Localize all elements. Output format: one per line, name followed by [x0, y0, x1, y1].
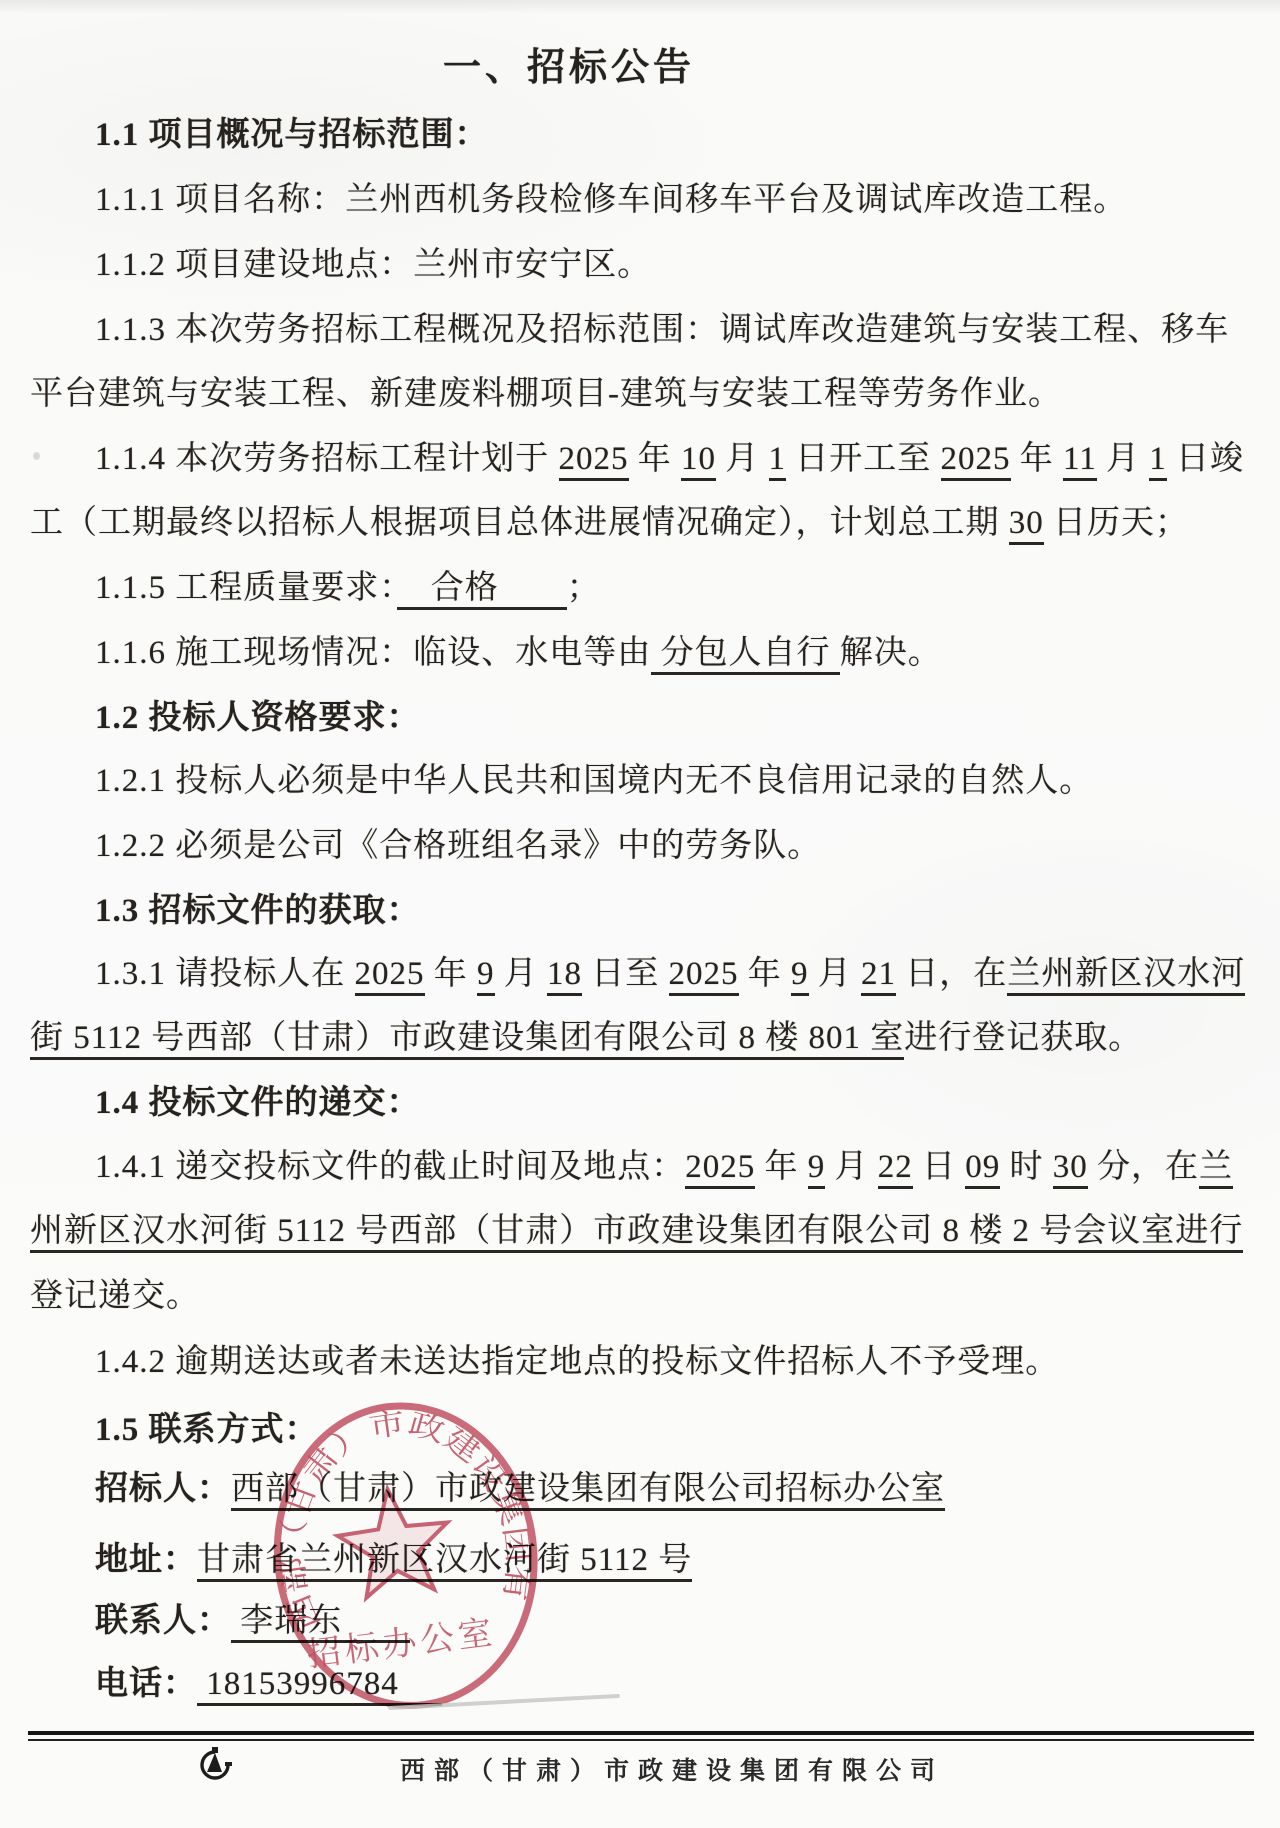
underlined-value: 兰: [1199, 1149, 1233, 1189]
underlined-value: 2025: [669, 956, 739, 996]
text-segment: 年: [755, 1149, 808, 1185]
underlined-value: 10: [681, 441, 716, 481]
text-line: 1.2 投标人资格要求：: [95, 696, 421, 740]
text-segment: 一、招标公告: [443, 47, 695, 89]
underlined-value: 11: [1063, 441, 1097, 481]
text-segment: 1.1.2 项目建设地点：兰州市安宁区。: [95, 247, 651, 283]
text-segment: 分，在: [1088, 1149, 1199, 1185]
text-segment: 1.4.2 逾期送达或者未送达指定地点的投标文件招标人不予受理。: [95, 1344, 1059, 1380]
text-line: 平台建筑与安装工程、新建废料棚项目-建筑与安装工程等劳务作业。: [30, 372, 1062, 416]
footer-company-name: 西部（甘肃）市政建设集团有限公司: [400, 1751, 944, 1787]
text-line: 登记递交。: [30, 1274, 200, 1318]
text-segment: 时: [1000, 1149, 1053, 1185]
footer-divider: [28, 1731, 1254, 1741]
text-segment: 登记递交。: [30, 1278, 200, 1314]
underlined-value: 2025: [559, 441, 629, 481]
text-segment: 月: [495, 956, 548, 992]
underlined-value: 30: [1053, 1149, 1088, 1189]
text-segment: 平台建筑与安装工程、新建废料棚项目-建筑与安装工程等劳务作业。: [30, 376, 1062, 412]
text-segment: 1.1.3 本次劳务招标工程概况及招标范围：调试库改造建筑与安装工程、移车: [95, 312, 1229, 348]
underlined-value: 分包人自行: [651, 635, 840, 675]
text-segment: 1.3 招标文件的获取：: [95, 893, 421, 929]
underlined-value: 1: [769, 441, 787, 481]
company-logo-icon: [196, 1746, 234, 1786]
underlined-value: 9: [791, 956, 809, 996]
underlined-value: 兰州新区汉水河: [1007, 956, 1245, 996]
text-segment: 年: [425, 956, 478, 992]
text-segment: 日，在: [896, 956, 1007, 992]
underlined-value: 2025: [941, 441, 1011, 481]
text-segment: 电话：: [95, 1666, 197, 1702]
text-line: 1.1.2 项目建设地点：兰州市安宁区。: [95, 243, 651, 287]
underlined-value: 30: [1009, 505, 1044, 545]
text-segment: ；: [567, 570, 601, 606]
text-segment: 1.1.1 项目名称：兰州西机务段检修车间移车平台及调试库改造工程。: [95, 182, 1127, 218]
text-line: 1.1 项目概况与招标范围：: [95, 113, 489, 157]
underlined-value: 2025: [685, 1149, 755, 1189]
underlined-value: 22: [878, 1149, 913, 1189]
document-page: 一、招标公告1.1 项目概况与招标范围：1.1.1 项目名称：兰州西机务段检修车…: [0, 0, 1280, 1828]
text-line: 1.1.6 施工现场情况：临设、水电等由 分包人自行 解决。: [95, 631, 942, 675]
text-segment: 工（工期最终以招标人根据项目总体进展情况确定），计划总工期: [30, 505, 1009, 541]
text-line: 1.4.1 递交投标文件的截止时间及地点：2025 年 9 月 22 日 09 …: [95, 1145, 1233, 1189]
text-segment: 1.1.6 施工现场情况：临设、水电等由: [95, 635, 651, 671]
stamp-center-text: 招标办公室: [305, 1613, 498, 1674]
text-segment: 月: [809, 956, 862, 992]
text-segment: 月: [716, 441, 769, 477]
text-segment: 月: [1097, 441, 1150, 477]
text-line: 1.3 招标文件的获取：: [95, 889, 421, 933]
text-segment: 1.4.1 递交投标文件的截止时间及地点：: [95, 1149, 685, 1185]
text-segment: 地址：: [95, 1542, 197, 1578]
text-segment: 日竣: [1167, 441, 1244, 477]
text-segment: 1.2.1 投标人必须是中华人民共和国境内无不良信用记录的自然人。: [95, 763, 1093, 799]
page-title: 一、招标公告: [443, 46, 695, 90]
text-segment: 1.2.2 必须是公司《合格班组名录》中的劳务队。: [95, 828, 821, 864]
text-line: 工（工期最终以招标人根据项目总体进展情况确定），计划总工期 30 日历天；: [30, 501, 1189, 545]
text-segment: 日至: [582, 956, 669, 992]
stamp-star-icon: [333, 1483, 455, 1601]
text-segment: 日开工至: [786, 441, 941, 477]
text-segment: 解决。: [840, 635, 942, 671]
text-segment: 联系人：: [95, 1603, 231, 1639]
underlined-value: 州新区汉水河街 5112 号西部（甘肃）市政建设集团有限公司 8 楼 2 号会议…: [30, 1213, 1243, 1253]
text-segment: 1.2 投标人资格要求：: [95, 700, 421, 736]
text-segment: 日历天；: [1044, 505, 1189, 541]
underlined-value: 2025: [355, 956, 425, 996]
text-segment: 年: [1011, 441, 1064, 477]
underlined-value: 1: [1149, 441, 1167, 481]
text-line: 1.4 投标文件的递交：: [95, 1081, 421, 1125]
text-segment: 年: [629, 441, 682, 477]
text-line: 1.1.5 工程质量要求： 合格 ；: [95, 566, 601, 610]
text-segment: 1.4 投标文件的递交：: [95, 1085, 421, 1121]
underlined-value: 09: [965, 1149, 1000, 1189]
text-segment: 进行登记获取。: [904, 1020, 1142, 1056]
text-line: 1.4.2 逾期送达或者未送达指定地点的投标文件招标人不予受理。: [95, 1340, 1059, 1384]
ink-dot-artifact: [33, 452, 40, 460]
underlined-value: 街 5112 号西部（甘肃）市政建设集团有限公司 8 楼 801 室: [30, 1020, 904, 1060]
underlined-value: 9: [477, 956, 495, 996]
text-segment: 1.1 项目概况与招标范围：: [95, 117, 489, 153]
text-line: 1.3.1 请投标人在 2025 年 9 月 18 日至 2025 年 9 月 …: [95, 952, 1245, 996]
text-line: 街 5112 号西部（甘肃）市政建设集团有限公司 8 楼 801 室进行登记获取…: [30, 1016, 1142, 1060]
text-line: 1.1.3 本次劳务招标工程概况及招标范围：调试库改造建筑与安装工程、移车: [95, 308, 1229, 352]
text-segment: 年: [739, 956, 792, 992]
text-segment: 1.1.4 本次劳务招标工程计划于: [95, 441, 559, 477]
underlined-value: 9: [808, 1149, 826, 1189]
text-segment: 1.1.5 工程质量要求：: [95, 570, 397, 606]
text-segment: 月: [825, 1149, 878, 1185]
text-line: 1.2.2 必须是公司《合格班组名录》中的劳务队。: [95, 824, 821, 868]
text-line: 1.2.1 投标人必须是中华人民共和国境内无不良信用记录的自然人。: [95, 759, 1093, 803]
text-segment: 1.3.1 请投标人在: [95, 956, 355, 992]
text-segment: 日: [913, 1149, 966, 1185]
underlined-value: 合格: [397, 570, 567, 610]
text-segment: 招标人：: [95, 1471, 231, 1507]
text-line: 1.1.1 项目名称：兰州西机务段检修车间移车平台及调试库改造工程。: [95, 178, 1127, 222]
text-line: 1.1.4 本次劳务招标工程计划于 2025 年 10 月 1 日开工至 202…: [95, 437, 1244, 481]
underlined-value: 21: [861, 956, 896, 996]
text-line: 州新区汉水河街 5112 号西部（甘肃）市政建设集团有限公司 8 楼 2 号会议…: [30, 1209, 1243, 1253]
underlined-value: 18: [547, 956, 582, 996]
